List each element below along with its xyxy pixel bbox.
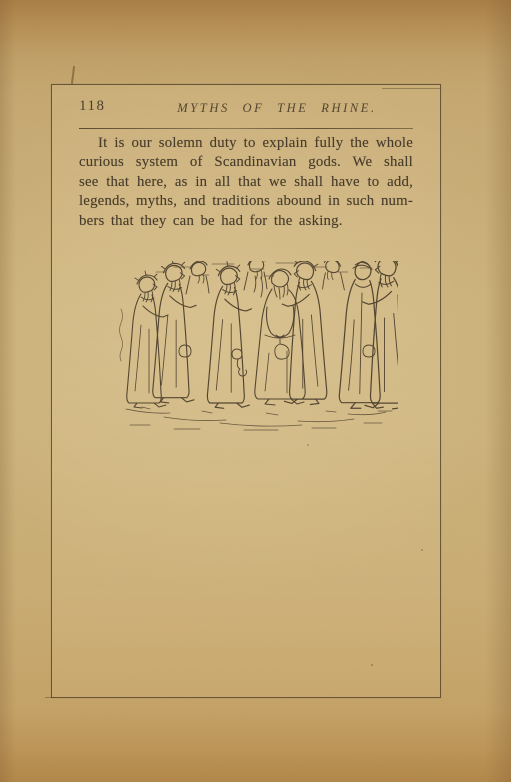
page-bottom-shadow: [0, 710, 511, 782]
paragraph-line: bers that they can be had for the asking…: [79, 212, 413, 231]
paragraph-line: It is our solemn duty to explain fully t…: [79, 134, 413, 153]
gods-engraving-svg: [116, 261, 398, 433]
frame-corner-overshoot-line: [45, 697, 55, 698]
ground-hatching: [126, 407, 392, 430]
page-number: 118: [79, 98, 105, 115]
pen-scratch-mark: [71, 66, 75, 84]
frame-corner-doubled-line: [382, 88, 440, 89]
page-top-shadow: [0, 0, 511, 92]
body-paragraph: It is our solemn duty to explain fully t…: [79, 134, 413, 231]
paragraph-line: see that here, as in all that we shall h…: [79, 173, 413, 192]
running-header-title: MYTHS OF THE RHINE.: [136, 101, 418, 116]
artist-signature-mark: [120, 309, 123, 361]
page-left-shadow: [0, 0, 16, 782]
illustration-scandinavian-gods: [116, 261, 398, 433]
paragraph-line: legends, myths, and traditions abound in…: [79, 192, 413, 211]
page-right-shadow: [485, 0, 511, 782]
header-rule: [79, 128, 413, 129]
waist-pouches: [179, 345, 375, 376]
paragraph-line: curious system of Scandinavian gods. We …: [79, 153, 413, 172]
book-page-photo: 118 MYTHS OF THE RHINE. It is our solemn…: [0, 0, 511, 782]
page-border-frame: 118 MYTHS OF THE RHINE. It is our solemn…: [51, 84, 441, 698]
